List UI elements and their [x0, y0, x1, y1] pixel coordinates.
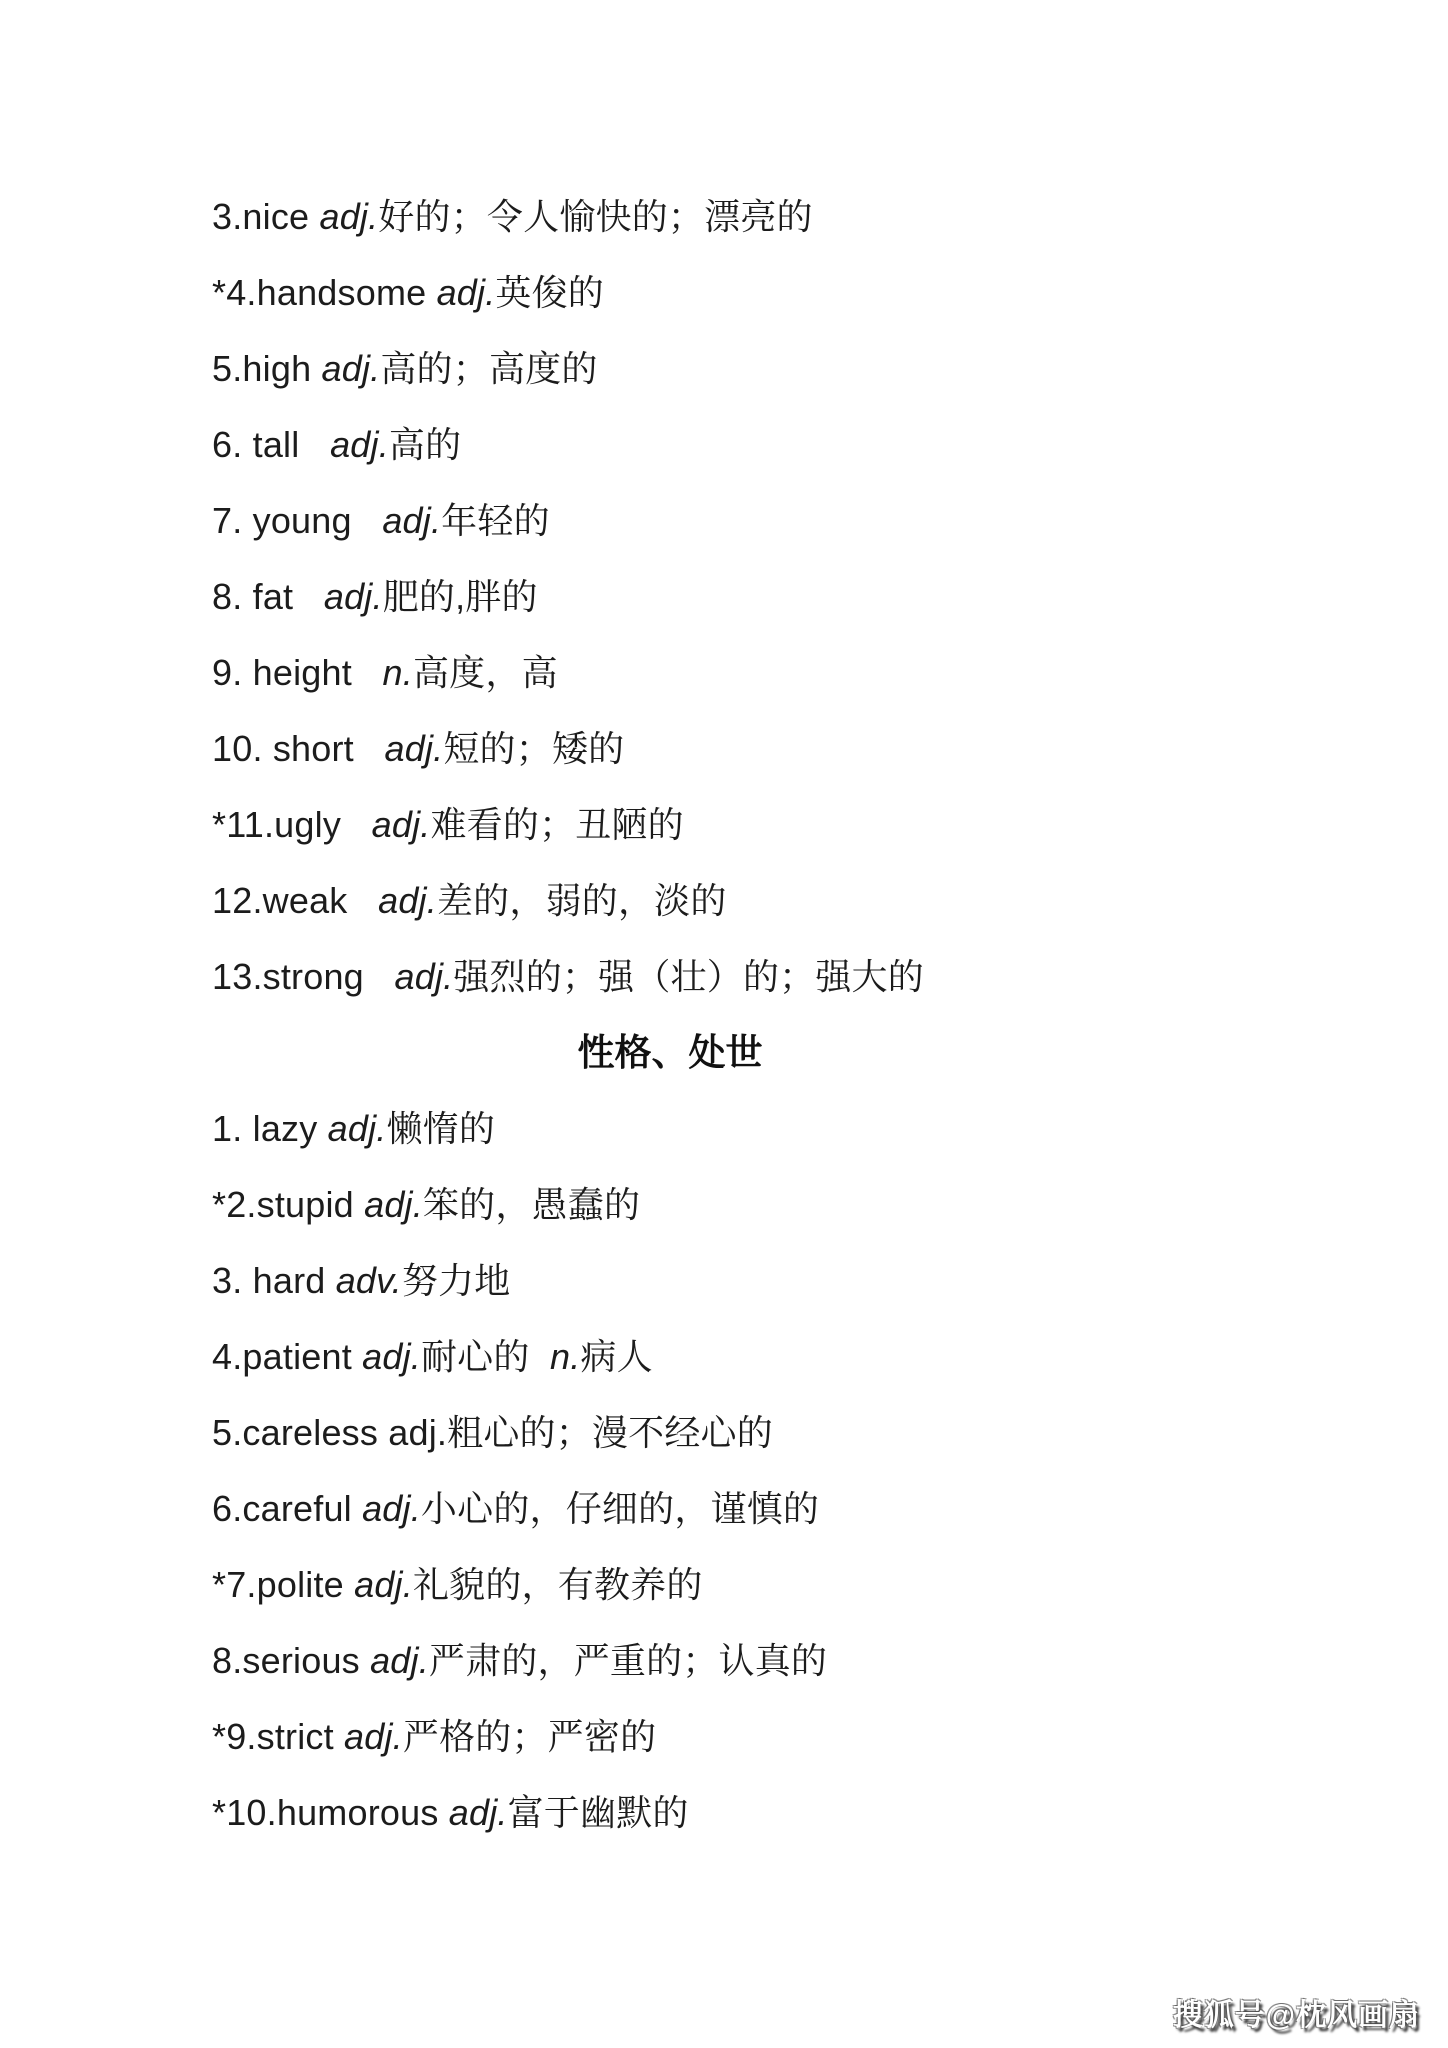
entry-text-segment: 13.strong	[212, 956, 395, 997]
entry-text-segment: 严肃的，严重的；认真的	[429, 1640, 827, 1681]
pos-tag: adj.	[437, 272, 496, 313]
pos-tag: adj.	[378, 880, 437, 921]
entry-text-segment: 8.serious	[212, 1640, 370, 1681]
vocab-entry: 5.high adj.高的；高度的	[212, 331, 1128, 407]
entry-text-segment: 6. tall	[212, 424, 330, 465]
entry-text-segment: *9.strict	[212, 1716, 344, 1757]
vocab-entry: 3. hard adv.努力地	[212, 1243, 1128, 1319]
vocab-entry: 1. lazy adj.懒惰的	[212, 1091, 1128, 1167]
pos-tag: adj.	[322, 348, 381, 389]
pos-tag: n.	[383, 652, 413, 693]
entry-text-segment: 强烈的；强（壮）的；强大的	[453, 956, 924, 997]
entry-text-segment: 4.patient	[212, 1336, 362, 1377]
entry-text-segment: 差的，弱的，淡的	[437, 880, 727, 921]
vocabulary-list: 3.nice adj.好的；令人愉快的；漂亮的*4.handsome adj.英…	[212, 179, 1128, 1851]
section-heading: 性格、处世	[212, 1015, 1128, 1091]
entry-text-segment: 5.careless adj.粗心的；漫不经心的	[212, 1412, 773, 1453]
vocab-entry: *10.humorous adj.富于幽默的	[212, 1775, 1128, 1851]
entry-text-segment: 3.nice	[212, 196, 319, 237]
vocab-entry: *4.handsome adj.英俊的	[212, 255, 1128, 331]
vocab-entry: 10. short adj.短的；矮的	[212, 711, 1128, 787]
vocab-entry: 7. young adj.年轻的	[212, 483, 1128, 559]
pos-tag: adj.	[370, 1640, 429, 1681]
pos-tag: adj.	[382, 500, 441, 541]
vocab-entry: 4.patient adj.耐心的 n.病人	[212, 1319, 1128, 1395]
pos-tag: adj.	[395, 956, 454, 997]
pos-tag: adj.	[319, 196, 378, 237]
pos-tag: adj.	[385, 728, 444, 769]
pos-tag: adj.	[362, 1336, 421, 1377]
vocab-entry: *11.ugly adj.难看的；丑陋的	[212, 787, 1128, 863]
entry-text-segment: 3. hard	[212, 1260, 336, 1301]
entry-text-segment: *10.humorous	[212, 1792, 449, 1833]
vocab-entry: 8.serious adj.严肃的，严重的；认真的	[212, 1623, 1128, 1699]
entry-text-segment: *11.ugly	[212, 804, 372, 845]
entry-text-segment: 6.careful	[212, 1488, 362, 1529]
pos-tag: adj.	[344, 1716, 403, 1757]
entry-text-segment: 肥的,胖的	[383, 576, 538, 617]
entry-text-segment: 病人	[580, 1336, 652, 1377]
vocab-entry: *9.strict adj.严格的；严密的	[212, 1699, 1128, 1775]
vocab-entry: 8. fat adj.肥的,胖的	[212, 559, 1128, 635]
entry-text-segment: 小心的，仔细的，谨慎的	[421, 1488, 819, 1529]
vocab-entry: 12.weak adj.差的，弱的，淡的	[212, 863, 1128, 939]
pos-tag: adj.	[328, 1108, 387, 1149]
vocab-entry: 6. tall adj.高的	[212, 407, 1128, 483]
pos-tag: adj.	[330, 424, 389, 465]
entry-text-segment: 笨的，愚蠢的	[423, 1184, 640, 1225]
vocab-entry: *7.polite adj.礼貌的，有教养的	[212, 1547, 1128, 1623]
entry-text-segment: 富于幽默的	[508, 1792, 689, 1833]
entry-text-segment: 12.weak	[212, 880, 378, 921]
vocab-entry: 6.careful adj.小心的，仔细的，谨慎的	[212, 1471, 1128, 1547]
pos-tag: adj.	[354, 1564, 413, 1605]
pos-tag: adj.	[372, 804, 431, 845]
entry-text-segment: 礼貌的，有教养的	[413, 1564, 703, 1605]
vocab-entry: 3.nice adj.好的；令人愉快的；漂亮的	[212, 179, 1128, 255]
entry-text-segment: 严格的；严密的	[403, 1716, 656, 1757]
sohu-watermark: 搜狐号@枕风画扇	[1173, 1990, 1420, 2034]
entry-text-segment: 难看的；丑陋的	[430, 804, 683, 845]
vocab-entry: 9. height n.高度，高	[212, 635, 1128, 711]
entry-text-segment: 英俊的	[495, 272, 604, 313]
entry-text-segment: 努力地	[402, 1260, 511, 1301]
entry-text-segment: 懒惰的	[387, 1108, 496, 1149]
pos-tag: adj.	[364, 1184, 423, 1225]
entry-text-segment: 5.high	[212, 348, 322, 389]
vocab-entry: *2.stupid adj.笨的，愚蠢的	[212, 1167, 1128, 1243]
pos-tag: adj.	[362, 1488, 421, 1529]
pos-tag: adv.	[336, 1260, 402, 1301]
pos-tag: adj.	[449, 1792, 508, 1833]
entry-text-segment: 高度，高	[413, 652, 558, 693]
entry-text-segment: 8. fat	[212, 576, 324, 617]
vocab-entry: 5.careless adj.粗心的；漫不经心的	[212, 1395, 1128, 1471]
entry-text-segment: 短的；矮的	[443, 728, 624, 769]
entry-text-segment: *7.polite	[212, 1564, 354, 1605]
entry-text-segment: 耐心的	[421, 1336, 550, 1377]
entry-text-segment: *2.stupid	[212, 1184, 364, 1225]
entry-text-segment: 9. height	[212, 652, 383, 693]
document-page: 3.nice adj.好的；令人愉快的；漂亮的*4.handsome adj.英…	[0, 0, 1448, 2048]
entry-text-segment: 好的；令人愉快的；漂亮的	[378, 196, 812, 237]
pos-tag: n.	[550, 1336, 580, 1377]
entry-text-segment: 高的	[389, 424, 461, 465]
entry-text-segment: 7. young	[212, 500, 382, 541]
entry-text-segment: 高的；高度的	[380, 348, 597, 389]
entry-text-segment: *4.handsome	[212, 272, 437, 313]
entry-text-segment: 10. short	[212, 728, 385, 769]
entry-text-segment: 年轻的	[441, 500, 550, 541]
pos-tag: adj.	[324, 576, 383, 617]
entry-text-segment: 1. lazy	[212, 1108, 328, 1149]
vocab-entry: 13.strong adj.强烈的；强（壮）的；强大的	[212, 939, 1128, 1015]
